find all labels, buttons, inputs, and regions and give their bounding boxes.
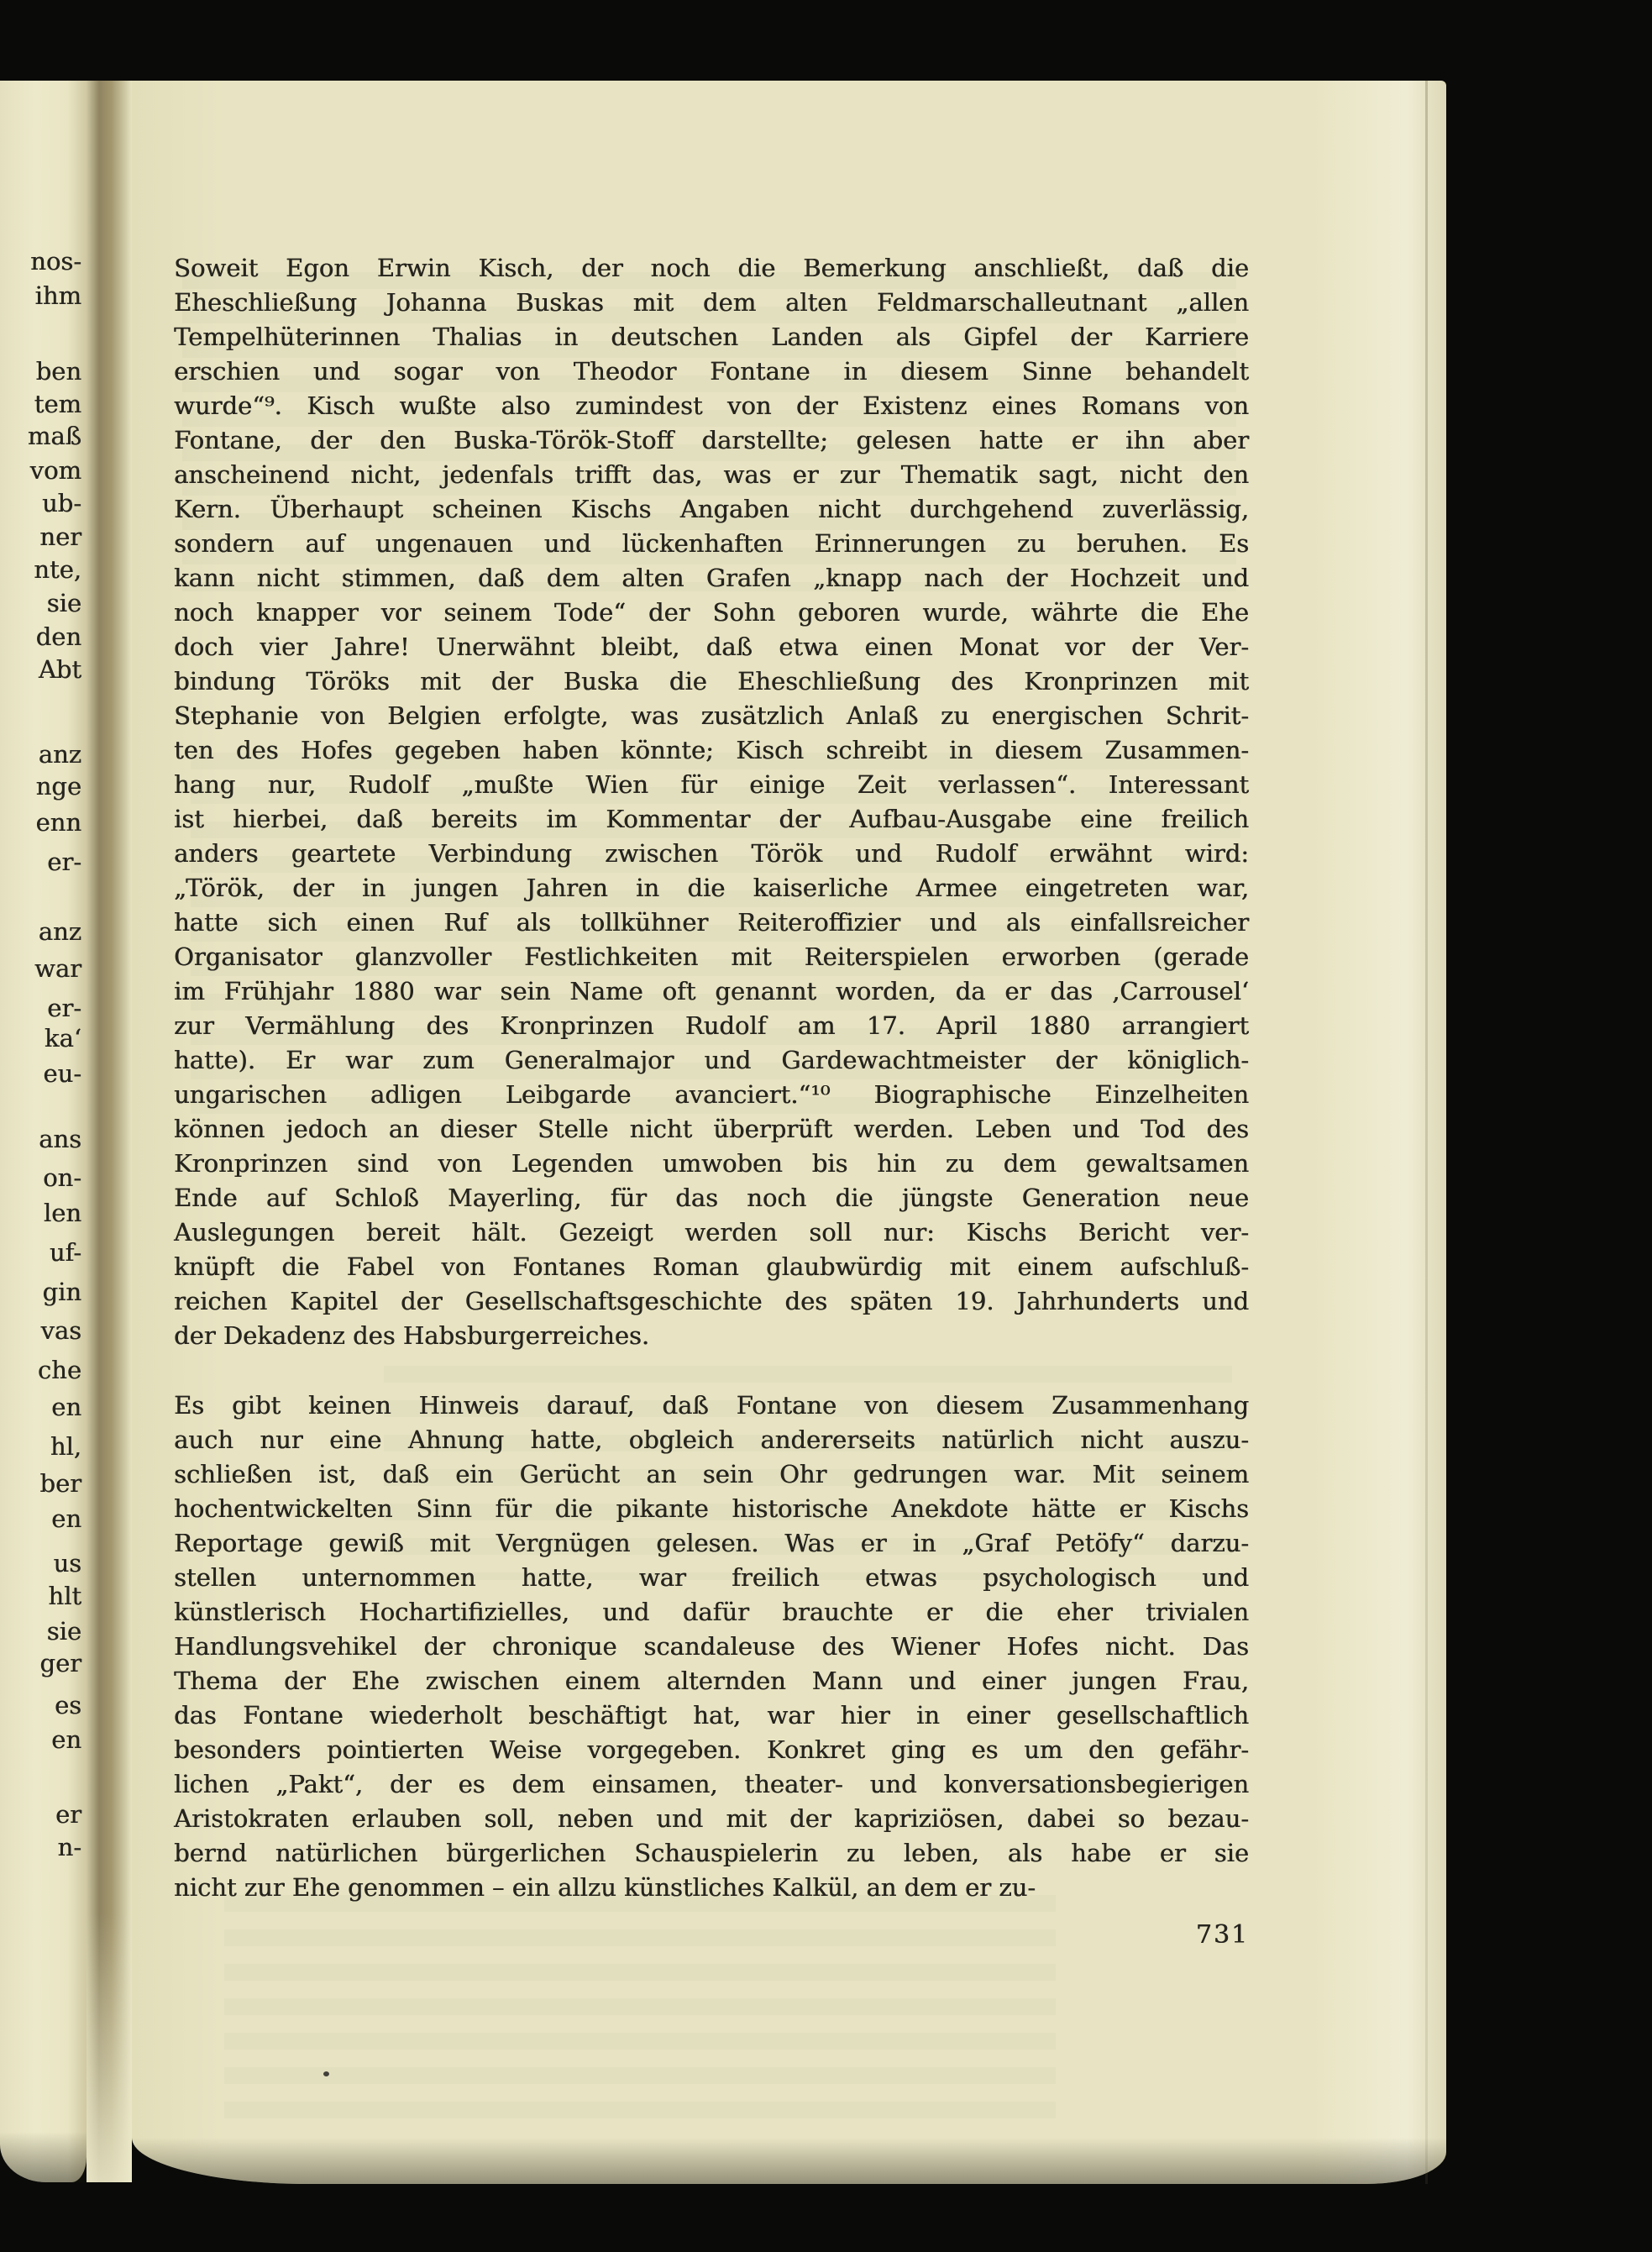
text-line: doch vier Jahre! Unerwähnt bleibt, daß e…: [174, 630, 1249, 664]
left-page-text-fragment: anz: [39, 916, 81, 948]
text-line: künstlerisch Hochartifizielles, und dafü…: [174, 1595, 1249, 1630]
text-line: Thema der Ehe zwischen einem alternden M…: [174, 1664, 1249, 1698]
text-line: bindung Töröks mit der Buska die Eheschl…: [174, 664, 1249, 699]
text-line: Tempelhüterinnen Thalias in deutschen La…: [174, 320, 1249, 354]
left-page-text-fragment: ka‘: [45, 1022, 81, 1054]
left-page-text-fragment: ans: [39, 1123, 81, 1155]
text-line: anders geartete Verbindung zwischen Törö…: [174, 837, 1249, 871]
text-line: besonders pointierten Weise vorgegeben. …: [174, 1733, 1249, 1767]
page-gutter-shadow: [87, 81, 132, 2182]
left-page-text-fragment: ner: [39, 521, 81, 553]
text-line: Soweit Egon Erwin Kisch, der noch die Be…: [174, 251, 1249, 286]
left-page-text-fragment: en: [51, 1724, 81, 1756]
left-page-text-fragment: ger: [39, 1647, 81, 1679]
text-block: Soweit Egon Erwin Kisch, der noch die Be…: [174, 251, 1249, 1905]
text-line: Eheschließung Johanna Buskas mit dem alt…: [174, 286, 1249, 320]
text-line: Kern. Überhaupt scheinen Kischs Angaben …: [174, 492, 1249, 527]
left-page-text-fragment: eu-: [43, 1058, 81, 1089]
text-line: schließen ist, daß ein Gerücht an sein O…: [174, 1457, 1249, 1492]
text-line: das Fontane wiederholt beschäftigt hat, …: [174, 1698, 1249, 1733]
left-page-text-fragment: en: [51, 1391, 81, 1423]
left-page-text-fragment: Abt: [39, 654, 81, 685]
text-line: Auslegungen bereit hält. Gezeigt werden …: [174, 1215, 1249, 1250]
text-line: Reportage gewiß mit Vergnügen gelesen. W…: [174, 1526, 1249, 1561]
text-line: Fontane, der den Buska-Török-Stoff darst…: [174, 423, 1249, 458]
left-page-text-fragment: on-: [43, 1162, 81, 1194]
text-line: Ende auf Schloß Mayerling, für das noch …: [174, 1181, 1249, 1215]
text-line: kann nicht stimmen, daß dem alten Grafen…: [174, 561, 1249, 596]
left-page-text-fragment: gin: [42, 1276, 81, 1308]
text-line: sondern auf ungenauen und lückenhaften E…: [174, 527, 1249, 561]
left-page-text-fragment: er: [55, 1798, 81, 1830]
text-line: hochentwickelten Sinn für die pikante hi…: [174, 1492, 1249, 1526]
book-scan: nos-ihmbentemmaßvomub-nernte,siedenAbtan…: [0, 0, 1652, 2252]
left-page-text-fragment: den: [36, 621, 81, 653]
left-page-text-fragment: nos-: [30, 245, 81, 277]
text-line: auch nur eine Ahnung hatte, obgleich and…: [174, 1423, 1249, 1457]
left-page-text-fragment: sie: [47, 1615, 81, 1647]
left-page-text-fragments: nos-ihmbentemmaßvomub-nernte,siedenAbtan…: [0, 81, 84, 2182]
text-line: Stephanie von Belgien erfolgte, was zusä…: [174, 699, 1249, 733]
left-page-text-fragment: vas: [40, 1315, 81, 1346]
text-line: „Török, der in jungen Jahren in die kais…: [174, 871, 1249, 906]
text-line: knüpft die Fabel von Fontanes Roman glau…: [174, 1250, 1249, 1284]
text-line: können jedoch an dieser Stelle nicht übe…: [174, 1112, 1249, 1147]
text-line: stellen unternommen hatte, war freilich …: [174, 1561, 1249, 1595]
left-page-text-fragment: nte,: [34, 554, 81, 585]
left-page-text-fragment: us: [53, 1547, 81, 1579]
left-page-text-fragment: hlt: [48, 1580, 81, 1612]
text-line: hatte sich einen Ruf als tollkühner Reit…: [174, 906, 1249, 940]
text-line: im Frühjahr 1880 war sein Name oft genan…: [174, 974, 1249, 1009]
text-line: hang nur, Rudolf „mußte Wien für einige …: [174, 768, 1249, 802]
page-number: 731: [174, 1920, 1249, 1950]
left-page-text-fragment: n-: [58, 1831, 81, 1863]
ink-speck: [323, 2071, 329, 2076]
text-line: der Dekadenz des Habsburgerreiches.: [174, 1319, 1249, 1353]
left-page-text-fragment: vom: [30, 454, 81, 486]
left-page-text-fragment: ben: [36, 355, 81, 387]
text-line: zur Vermählung des Kronprinzen Rudolf am…: [174, 1009, 1249, 1043]
text-line: Handlungsvehikel der chronique scandaleu…: [174, 1630, 1249, 1664]
left-page-text-fragment: er-: [47, 846, 81, 878]
left-page-edge: nos-ihmbentemmaßvomub-nernte,siedenAbtan…: [0, 81, 87, 2182]
left-page-text-fragment: ub-: [42, 487, 81, 519]
text-line: Kronprinzen sind von Legenden umwoben bi…: [174, 1147, 1249, 1181]
left-page-text-fragment: anz: [39, 738, 81, 770]
left-page-text-fragment: er-: [47, 992, 81, 1024]
left-page-text-fragment: len: [44, 1197, 81, 1229]
text-line: Aristokraten erlauben soll, neben und mi…: [174, 1802, 1249, 1836]
left-page-text-fragment: maß: [28, 420, 81, 452]
text-line: ten des Hofes gegeben haben könnte; Kisc…: [174, 733, 1249, 768]
left-page-text-fragment: tem: [34, 388, 81, 420]
left-page-text-fragment: che: [38, 1354, 81, 1386]
left-page-text-fragment: hl,: [50, 1430, 81, 1462]
text-line: ist hierbei, daß bereits im Kommentar de…: [174, 802, 1249, 837]
text-line: ungarischen adligen Leibgarde avanciert.…: [174, 1078, 1249, 1112]
text-line: Es gibt keinen Hinweis darauf, daß Fonta…: [174, 1388, 1249, 1423]
text-line: erschien und sogar von Theodor Fontane i…: [174, 354, 1249, 389]
left-page-text-fragment: es: [55, 1689, 81, 1721]
text-line: Organisator glanzvoller Festlichkeiten m…: [174, 940, 1249, 974]
paragraph-gap: [174, 1353, 1249, 1388]
text-line: lichen „Pakt“, der es dem einsamen, thea…: [174, 1767, 1249, 1802]
left-page-text-fragment: ber: [39, 1467, 81, 1499]
text-line: anscheinend nicht, jedenfals trifft das,…: [174, 458, 1249, 492]
left-page-text-fragment: enn: [35, 806, 81, 838]
text-line: bernd natürlichen bürgerlichen Schauspie…: [174, 1836, 1249, 1871]
book-page: Soweit Egon Erwin Kisch, der noch die Be…: [132, 81, 1446, 2184]
text-line: wurde“⁹. Kisch wußte also zumindest von …: [174, 389, 1249, 423]
left-page-text-fragment: uf-: [50, 1236, 81, 1268]
left-page-text-fragment: ihm: [35, 280, 81, 312]
left-page-text-fragment: war: [34, 953, 81, 984]
left-page-text-fragment: en: [51, 1503, 81, 1535]
left-page-text-fragment: sie: [47, 587, 81, 619]
left-page-text-fragment: nge: [36, 770, 81, 802]
text-line: reichen Kapitel der Gesellschaftsgeschic…: [174, 1284, 1249, 1319]
text-line: noch knapper vor seinem Tode“ der Sohn g…: [174, 596, 1249, 630]
text-line: hatte). Er war zum Generalmajor und Gard…: [174, 1043, 1249, 1078]
text-line: nicht zur Ehe genommen – ein allzu künst…: [174, 1871, 1249, 1905]
